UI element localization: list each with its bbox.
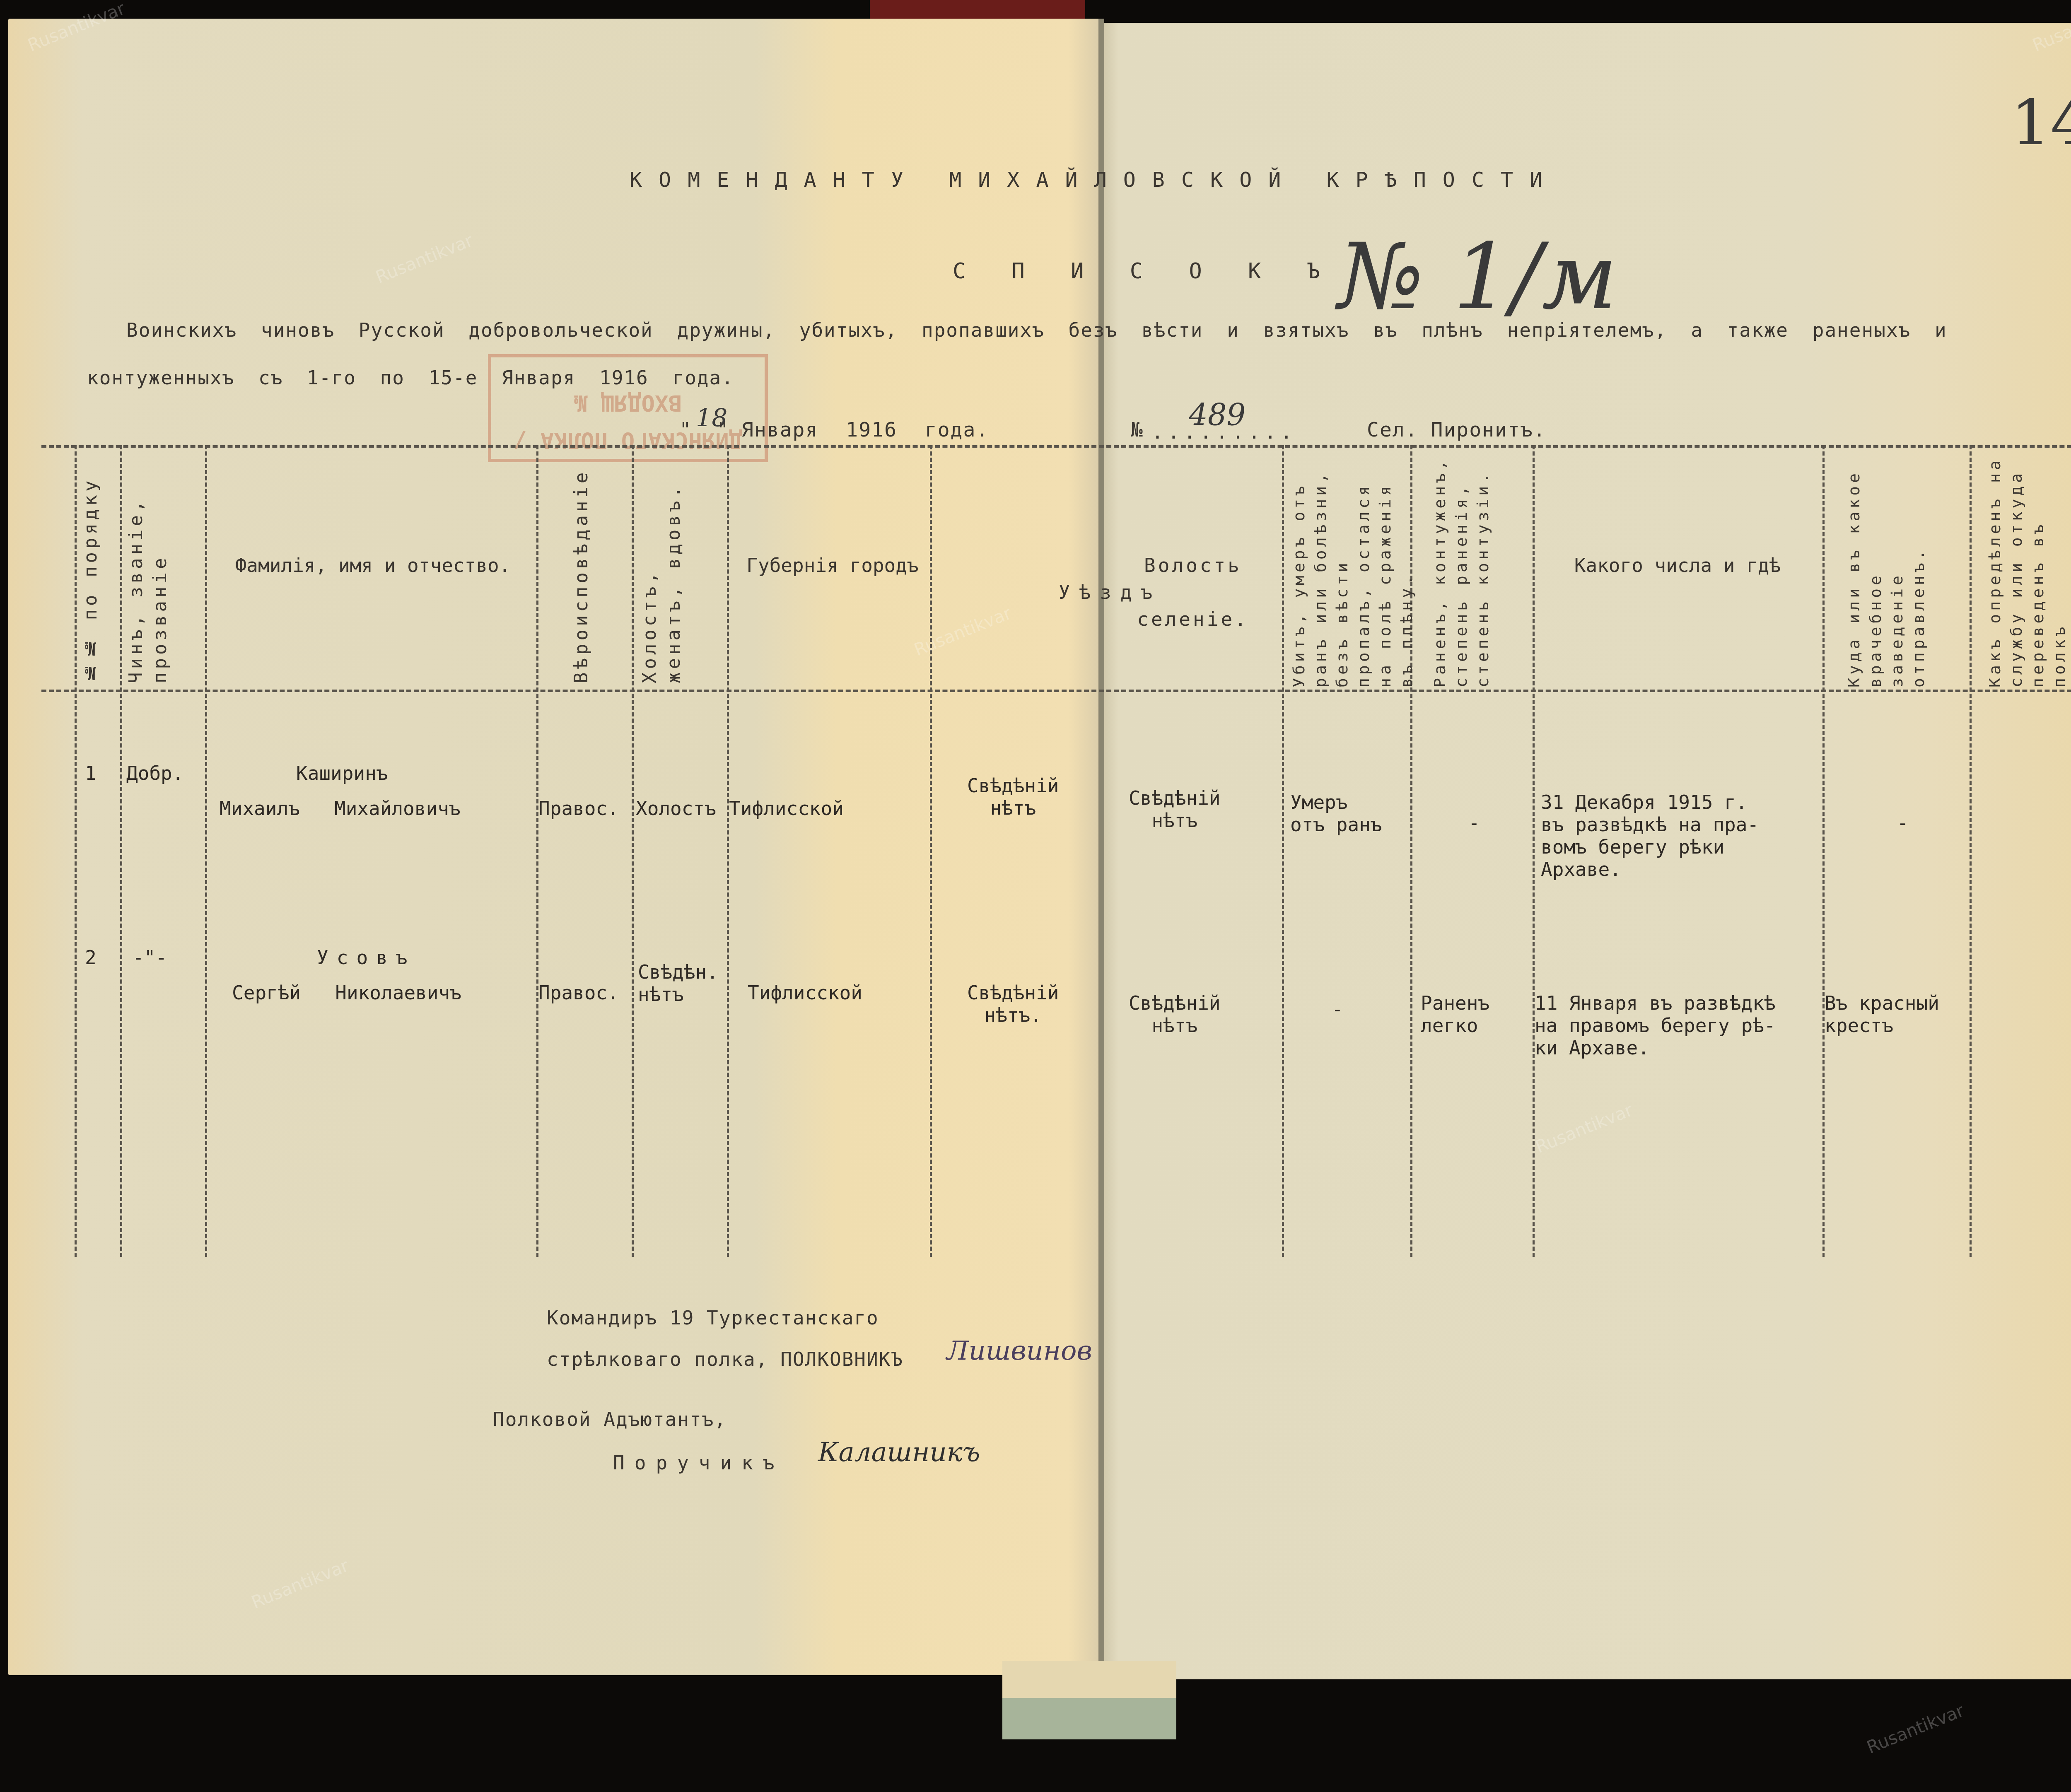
date-month-year: Января 1916 года. [741,418,989,441]
header-sent-to: Куда или въ какое врачебное заведеніе от… [1843,451,1951,687]
adjutant-signature: Калашникъ [818,1437,980,1468]
header-rank: Чинъ, званіе, прозваніе [124,489,191,683]
col-divider [1410,445,1412,1257]
col-divider [205,445,207,1257]
header-wound-degree: Раненъ, контуженъ, степень раненія, степ… [1429,451,1520,687]
commander-signature: Лишвинов [946,1336,1092,1366]
row2-volost: Свѣдѣній нѣтъ [1129,992,1221,1037]
row1-religion: Правос. [538,797,619,820]
header-fate: Убитъ, умеръ отъ ранъ или болѣзни, безъ … [1288,451,1400,687]
col-divider [120,445,122,1257]
row2-religion: Правос. [538,982,619,1004]
row1-uezd: Свѣдѣній нѣтъ [967,774,1059,819]
row2-wound: Раненъ легко [1421,992,1489,1037]
header-when-where: Какого числа и гдѣ [1541,538,1814,592]
watermark: Rusantikvar [1864,1700,1967,1758]
outgoing-number-prefix: № [1131,418,1144,441]
bottom-ribbon [1002,1698,1176,1739]
header-religion: Вѣроисповѣданіе [570,476,594,683]
header-volost-village: Волость селеніе. [1110,538,1276,646]
row1-sent-to: - [1897,812,1909,834]
row2-number: 2 [85,946,97,969]
col-divider [727,445,729,1257]
row2-rank: -"- [133,946,167,969]
col-divider [75,445,77,1257]
adjutant-rank: Поручикъ [613,1452,784,1474]
row1-surname: Каширинъ [296,762,388,784]
row1-when-where: 31 Декабря 1915 г. въ развѣдкѣ на пра- в… [1541,791,1759,880]
header-province-city: Губернія городъ [746,538,920,592]
binding-cloth [870,0,1085,21]
addressee-heading: КОМЕНДАНТУ МИХАЙЛОВСКОЙ КРѢПОСТИ [630,168,1559,192]
date-quote-open: " [679,418,692,441]
col-divider [1970,445,1972,1257]
col-divider [536,445,538,1257]
header-enlistment: Какъ опредѣленъ на службу или откуда пер… [1984,451,2071,687]
place-name: Сел. Пиронитъ. [1367,418,1546,441]
table-top-border [41,445,2071,448]
row2-when-where: 11 Января въ развѣдкѣ на правомъ берегу … [1535,992,1776,1059]
bottom-flap [1002,1661,1176,1698]
row2-sent-to: Въ красный крестъ [1825,992,1939,1037]
col-divider [1282,445,1284,1257]
row2-status: - [1332,998,1343,1020]
row1-given-names: Михаилъ Михайловичъ [220,797,461,820]
list-number: № 1/м [1338,224,1617,330]
table-header-border [41,690,2071,692]
row1-marital: Холостъ [636,797,716,820]
col-divider [632,445,634,1257]
header-full-name: Фамилія, имя и отчество. [232,538,514,592]
row2-province: Тифлисской [748,982,862,1004]
col-divider [930,445,932,1257]
page-number: 14 [2011,87,2071,159]
commander-title-line2: стрѣлковаго полка, ПОЛКОВНИКЪ [547,1348,903,1370]
outgoing-number: 489 [1189,398,1245,432]
adjutant-title: Полковой Адъютантъ, [493,1408,727,1430]
date-quote-close: " [717,418,729,441]
row2-uezd: Свѣдѣній нѣтъ. [967,982,1059,1026]
row1-province: Тифлисской [729,797,844,820]
row1-wound: - [1468,812,1480,834]
header-marital-status: Холостъ, женатъ, вдовъ. [638,476,708,683]
row2-given-names: Сергѣй Николаевичъ [232,982,461,1004]
col-divider [1533,445,1535,1257]
subtitle-line-1: Воинскихъ чиновъ Русской добровольческой… [126,319,1947,341]
row2-marital: Свѣдѣн. нѣтъ [638,961,718,1006]
header-order-number: №№ по порядку [79,489,103,683]
row2-surname: Усовъ [317,946,415,969]
row1-status: Умеръ отъ ранъ [1290,791,1382,836]
row1-volost: Свѣдѣній нѣтъ [1129,787,1221,832]
document-title: С П И С О К Ъ [953,259,1337,284]
commander-title-line1: Командиръ 19 Туркестанскаго [547,1307,879,1329]
row1-number: 1 [85,762,97,784]
col-divider [1822,445,1825,1257]
row1-rank: Добр. [126,762,183,784]
